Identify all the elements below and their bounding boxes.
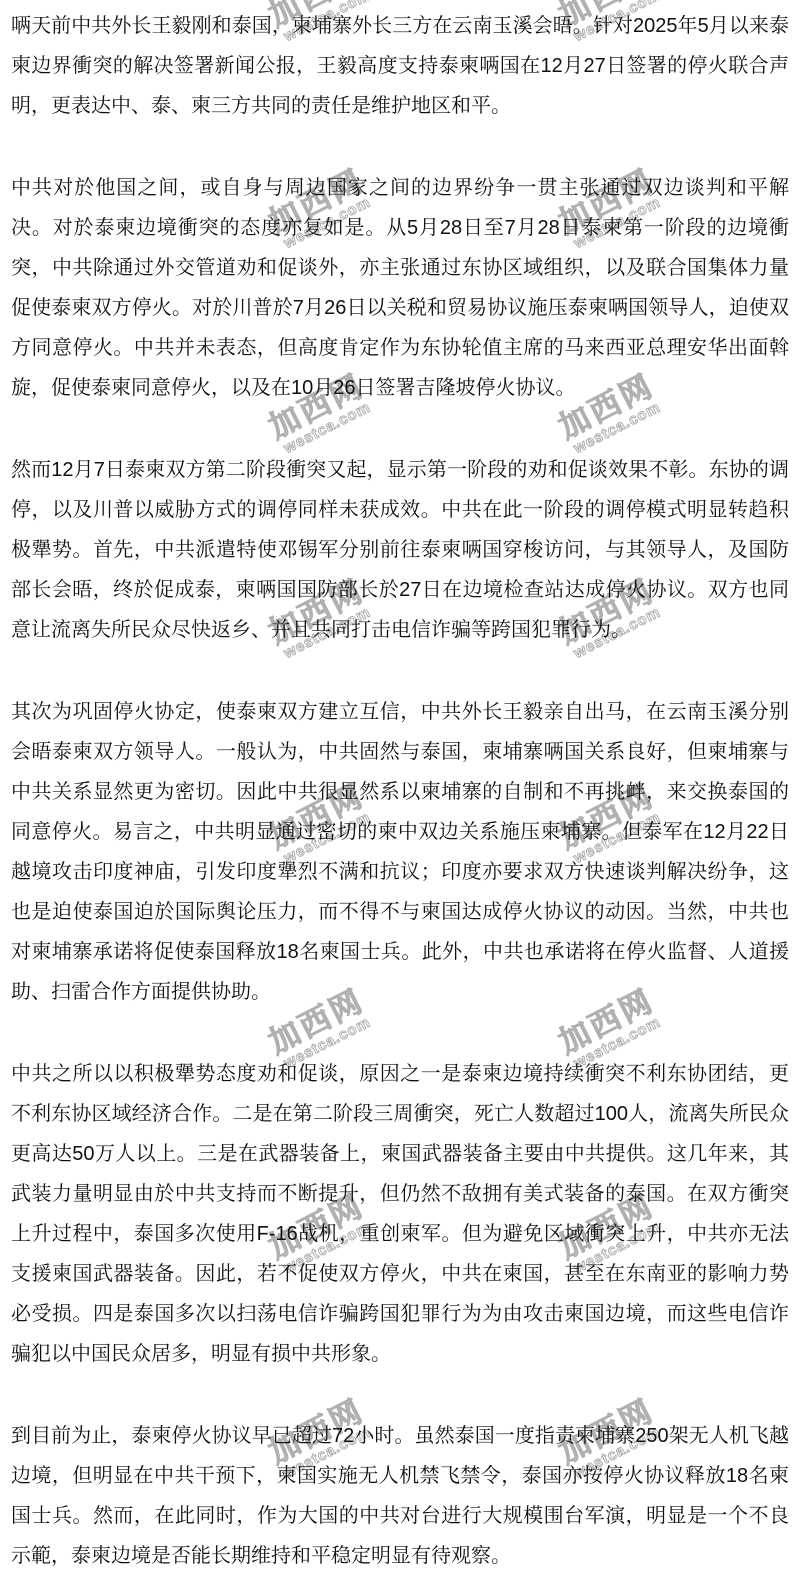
article-paragraph-1: 唡天前中共外长王毅刚和泰国，柬埔寨外长三方在云南玉溪会晤。针对2025年5月以来… [11,6,789,126]
article-paragraph-5: 中共之所以以积极犟势态度劝和促谈，原因之一是泰柬边境持续衝突不利东协团结，更不利… [11,1054,789,1374]
article-paragraph-3: 然而12月7日泰柬双方第二阶段衝突又起，显示第一阶段的劝和促谈效果不彰。东协的调… [11,450,789,650]
article-paragraph-6: 到目前为止，泰柬停火协议早已超过72小时。虽然泰国一度指责柬埔寨250架无人机飞… [11,1416,789,1576]
article-body: 唡天前中共外长王毅刚和泰国，柬埔寨外长三方在云南玉溪会晤。针对2025年5月以来… [0,0,800,1576]
article-paragraph-2: 中共对於他国之间，或自身与周边国家之间的边界纷争一贯主张通过双边谈判和平解决。对… [11,168,789,408]
article-page: 加西网westca.com加西网westca.com加西网westca.com加… [0,0,800,1576]
article-paragraph-4: 其次为巩固停火协定，使泰柬双方建立互信，中共外长王毅亲自出马，在云南玉溪分别会晤… [11,692,789,1012]
